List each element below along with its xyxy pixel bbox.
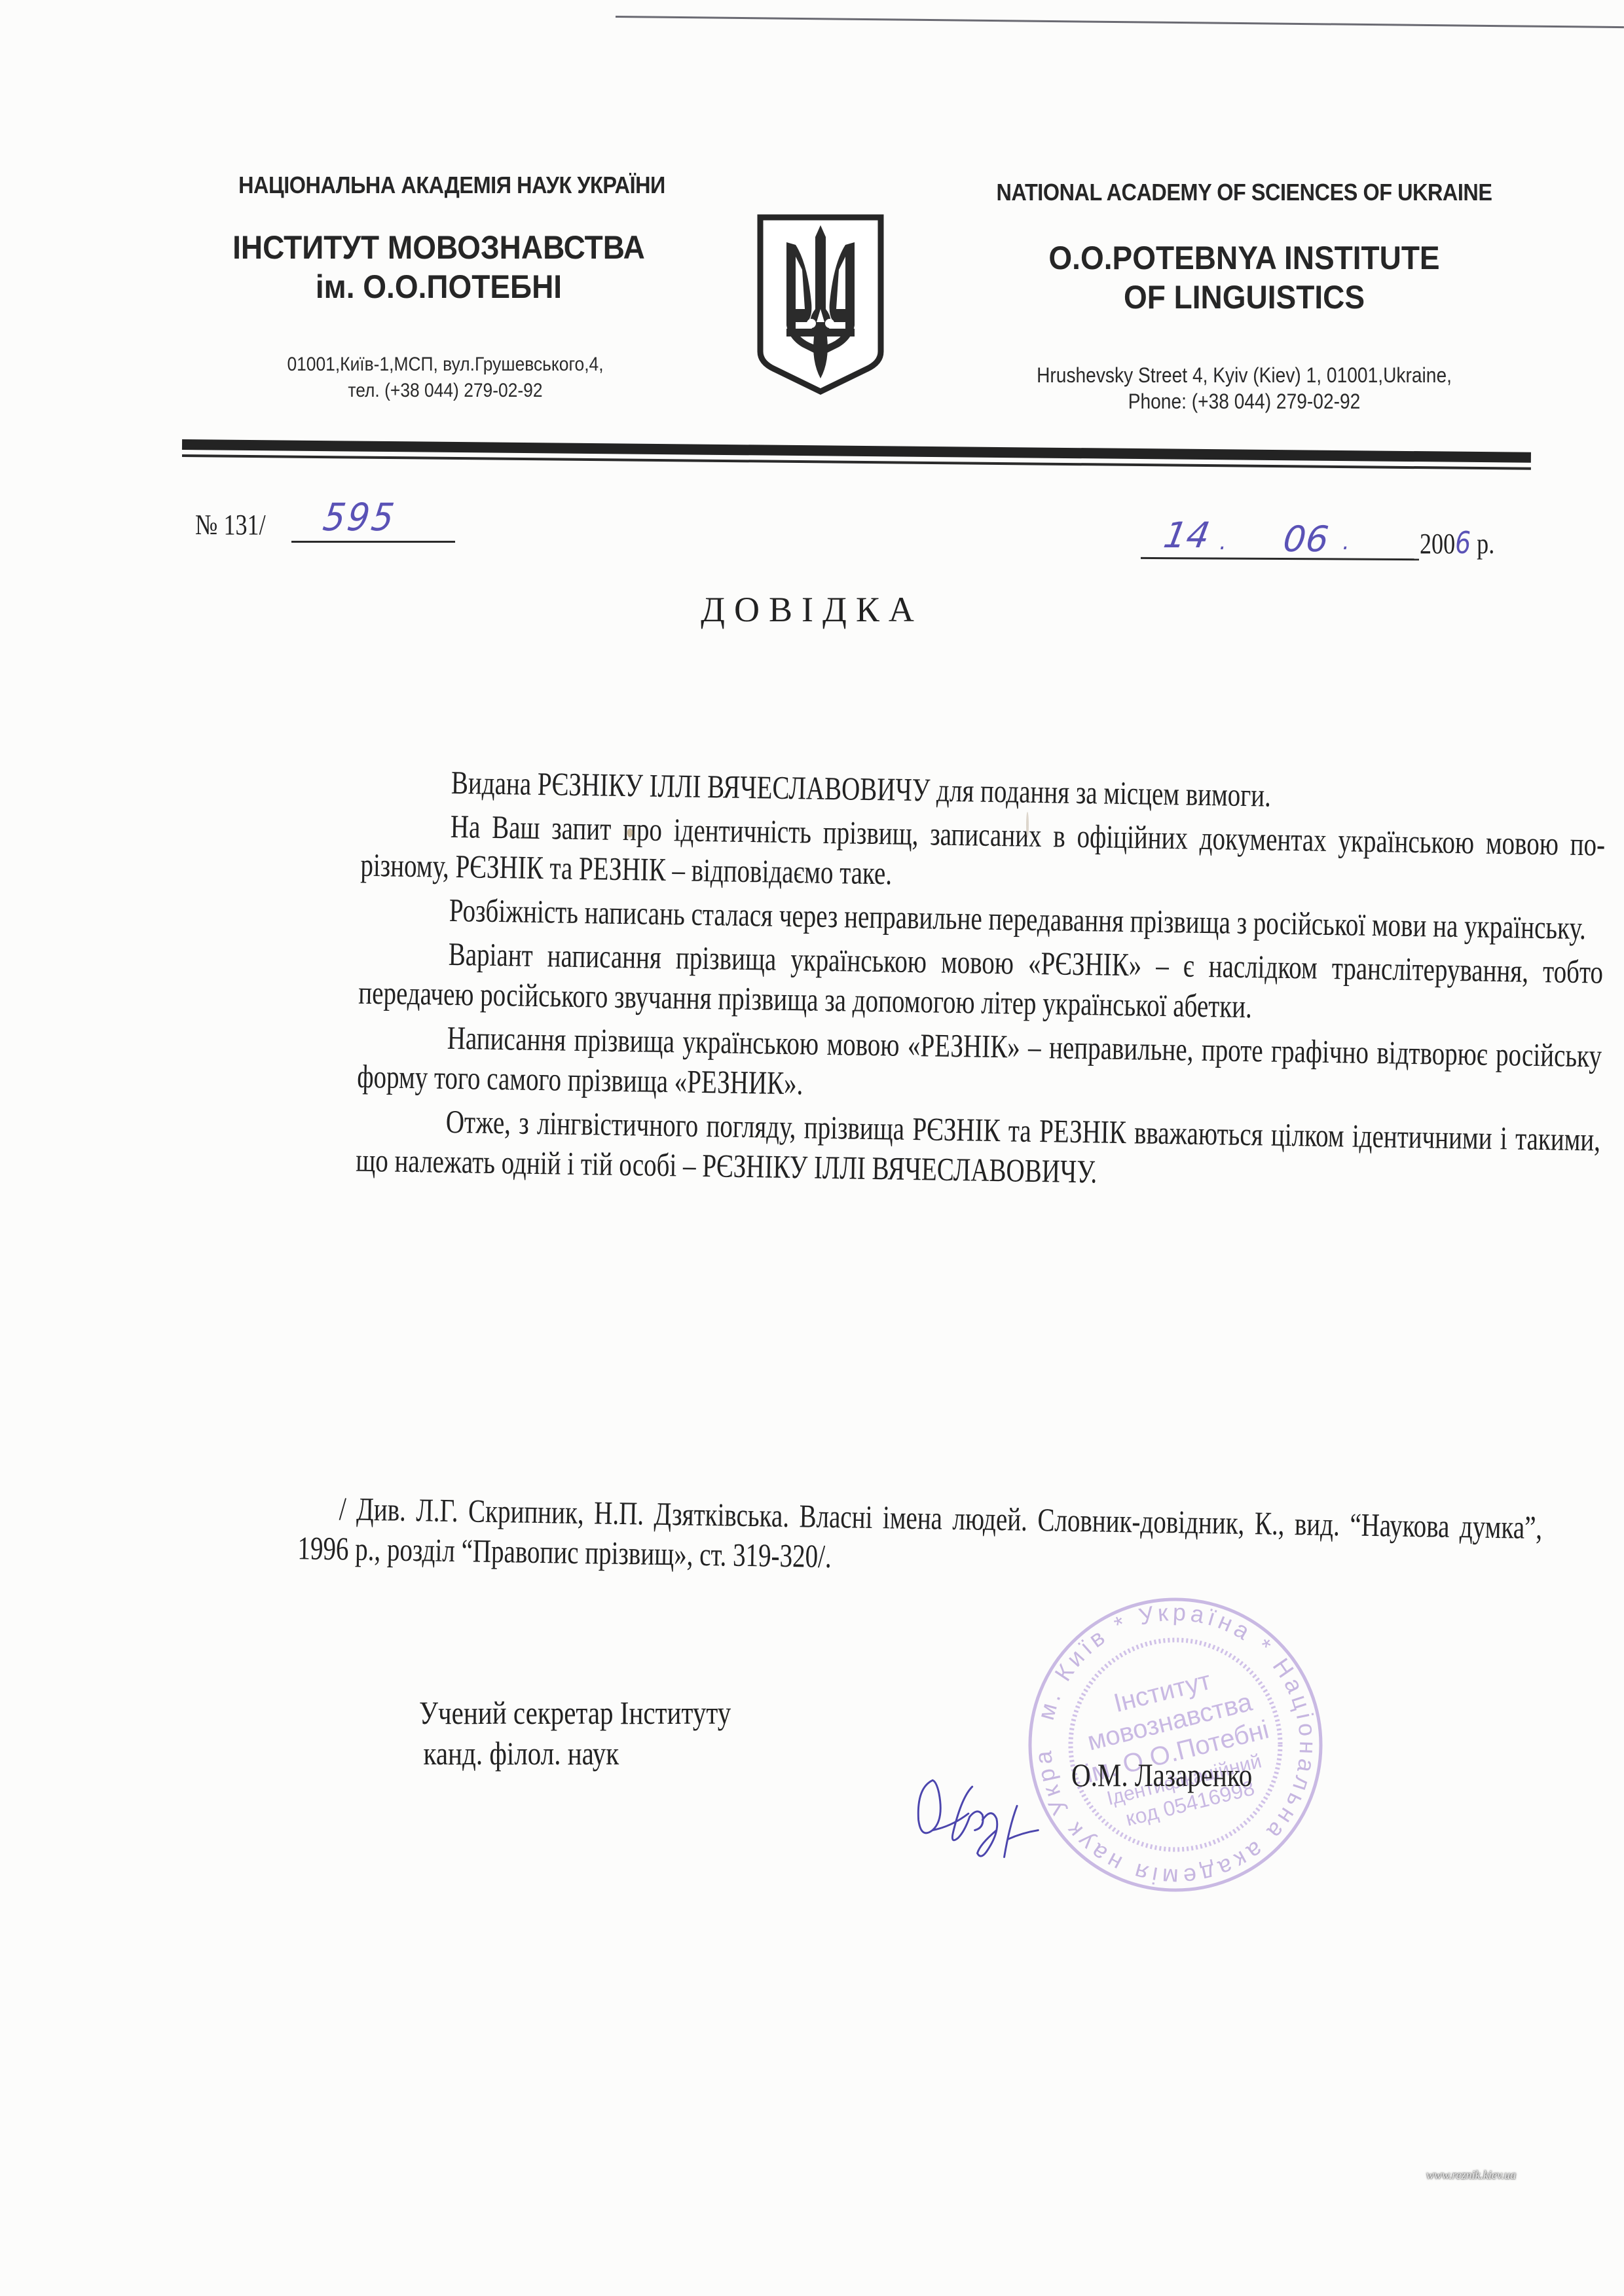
date-day-handwritten: 14: [1160, 515, 1213, 556]
scan-speck: [1026, 812, 1029, 838]
date-month-handwritten: 06: [1282, 519, 1331, 560]
letterhead-address-en-line1: Hrushevsky Street 4, Kyiv (Kiev) 1, 0100…: [956, 362, 1532, 388]
letterhead-rule-thick: [182, 439, 1531, 463]
letterhead-address-ua-line2: тел. (+38 044) 279-02-92: [221, 378, 670, 404]
registration-number-underline: [291, 541, 455, 543]
date-sep-2: .: [1342, 529, 1350, 555]
website-watermark: www.reznik.kiev.ua: [1426, 2168, 1516, 2182]
document-body: Видана РЄЗНІКУ ІЛЛІ ВЯЧЕСЛАВОВИЧУ для по…: [241, 759, 1492, 1202]
letterhead-address-en-line2: Phone: (+38 044) 279-02-92: [956, 388, 1532, 414]
letterhead-institute-ua-line1: ІНСТИТУТ МОВОЗНАВСТВА: [204, 229, 674, 266]
document-page: НАЦІОНАЛЬНА АКАДЕМІЯ НАУК УКРАЇНИ ІНСТИТ…: [0, 0, 1624, 2296]
body-paragraph-6: Отже, з лінгвістичного погляду, прізвища…: [241, 1099, 1486, 1198]
letterhead-academy-ua: НАЦІОНАЛЬНА АКАДЕМІЯ НАУК УКРАЇНИ: [222, 172, 682, 199]
date-underline: [1141, 557, 1419, 560]
scan-speck: [627, 828, 633, 837]
registration-number-handwritten: 595: [320, 495, 399, 539]
signatory-position-line2: канд. філол. наук: [419, 1733, 731, 1774]
body-paragraph-5: Написання прізвища українською мовою «РЕ…: [242, 1015, 1488, 1114]
body-paragraph-4: Варіант написання прізвища українською м…: [244, 931, 1489, 1030]
date-year-suffix: р.: [1477, 528, 1494, 560]
body-paragraph-2: На Ваш запит про ідентичність прізвищ, з…: [246, 803, 1491, 903]
official-stamp: м. Київ * Україна * Національна академія…: [1022, 1591, 1329, 1899]
letterhead-institute-en-line1: O.O.POTEBNYA INSTITUTE: [943, 240, 1545, 276]
date-year: 2006 р.: [1420, 525, 1494, 560]
letterhead-institute-ua-line2: ім. О.О.ПОТЕБНІ: [204, 268, 674, 305]
reference-paragraph: / Див. Л.Г. Скрипник, Н.П. Дзятківська. …: [245, 1487, 1490, 1587]
signatory-position-line1: Учений секретар Інституту: [419, 1692, 731, 1733]
date-sep-1: .: [1219, 529, 1227, 555]
letterhead-academy-en: NATIONAL ACADEMY OF SCIENCES OF UKRAINE: [950, 179, 1539, 206]
registration-number-prefix: № 131/: [195, 509, 266, 541]
signatory-name: О.М. Лазаренко: [1071, 1756, 1252, 1794]
letterhead-address-ua-line1: 01001,Київ-1,МСП, вул.Грушевського,4,: [221, 352, 670, 378]
date-year-handwritten: 6: [1455, 525, 1471, 560]
date-year-printed: 200: [1420, 528, 1455, 560]
registration-number: № 131/: [195, 508, 266, 541]
document-title: ДОВІДКА: [0, 589, 1624, 630]
tryzub-coat-of-arms-icon: [755, 211, 886, 395]
bibliographic-reference: / Див. Л.Г. Скрипник, Н.П. Дзятківська. …: [245, 1487, 1490, 1591]
signature-icon: [907, 1768, 1048, 1866]
signatory-position: Учений секретар Інституту канд. філол. н…: [419, 1692, 731, 1774]
scan-edge-line: [616, 16, 1624, 28]
letterhead-institute-en-line2: OF LINGUISTICS: [943, 279, 1545, 316]
